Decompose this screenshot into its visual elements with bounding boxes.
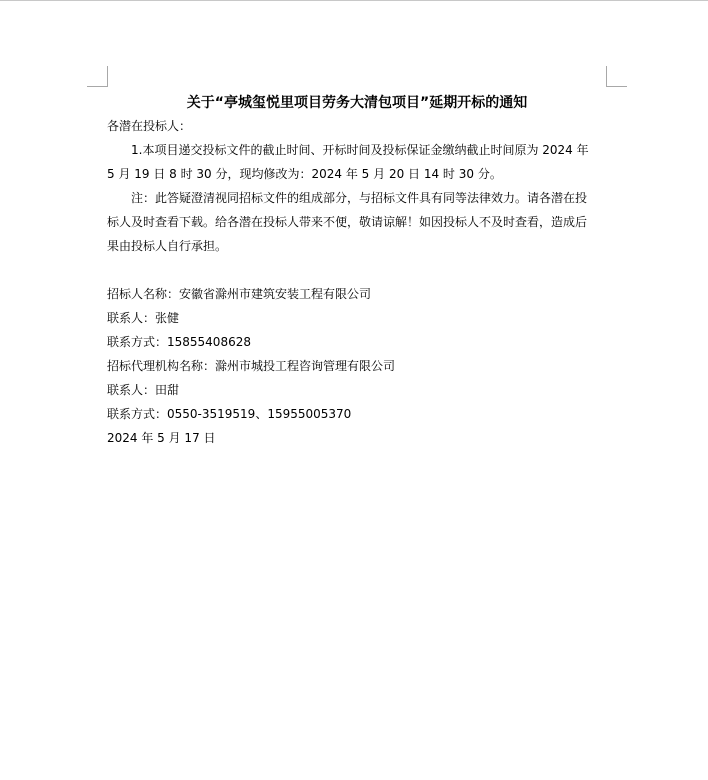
tenderer-phone: 联系方式：15855408628 bbox=[107, 330, 607, 354]
salutation: 各潜在投标人： bbox=[107, 114, 607, 138]
tenderer-contact: 联系人：张健 bbox=[107, 306, 607, 330]
agency-phone: 联系方式：0550-3519519、15955005370 bbox=[107, 402, 607, 426]
tenderer-name: 招标人名称：安徽省滁州市建筑安装工程有限公司 bbox=[107, 282, 607, 306]
agency-name: 招标代理机构名称：滁州市城投工程咨询管理有限公司 bbox=[107, 354, 607, 378]
item1-line2: 5 月 19 日 8 时 30 分，现均修改为：2024 年 5 月 20 日 … bbox=[107, 162, 607, 186]
note-line2: 标人及时查看下载。给各潜在投标人带来不便，敬请谅解！如因投标人不及时查看，造成后 bbox=[107, 210, 607, 234]
window-top-border bbox=[0, 0, 708, 1]
note-line3: 果由投标人自行承担。 bbox=[107, 234, 607, 258]
note-line1: 注：此答疑澄清视同招标文件的组成部分，与招标文件具有同等法律效力。请各潜在投 bbox=[107, 186, 607, 210]
blank-line bbox=[107, 258, 607, 282]
document-title: 关于“亭城玺悦里项目劳务大清包项目”延期开标的通知 bbox=[107, 92, 607, 114]
margin-corner-mark-top-left bbox=[87, 66, 108, 87]
document-page: 关于“亭城玺悦里项目劳务大清包项目”延期开标的通知 各潜在投标人： 1.本项目递… bbox=[107, 92, 607, 450]
margin-corner-mark-top-right bbox=[606, 66, 627, 87]
agency-contact: 联系人：田甜 bbox=[107, 378, 607, 402]
item1-line1: 1.本项目递交投标文件的截止时间、开标时间及投标保证金缴纳截止时间原为 2024… bbox=[107, 138, 607, 162]
notice-date: 2024 年 5 月 17 日 bbox=[107, 426, 607, 450]
